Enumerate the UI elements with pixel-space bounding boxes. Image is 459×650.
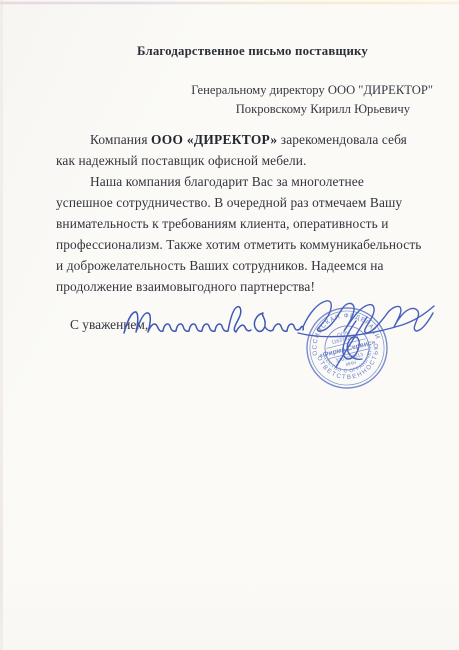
company-stamp-icon: РОССИЙСКАЯ ФЕДЕРАЦИЯ ОТВЕТСТВЕННОСТЬЮ ОБ…	[299, 300, 396, 397]
svg-text:ОБЩЕСТВО С ОГРАНИЧЕННОЙ: ОБЩЕСТВО С ОГРАНИЧЕННОЙ	[320, 336, 379, 380]
signature-flourish	[298, 301, 434, 337]
scan-left-edge-artifact	[0, 0, 3, 650]
stamp-arc-bottom-inner-text: ОБЩЕСТВО С ОГРАНИЧЕННОЙ	[320, 336, 379, 380]
handwritten-signature-name	[124, 307, 303, 333]
closing-salutation: С уважением,	[70, 317, 148, 333]
stamp-ogrn-number: 1163702513	[331, 333, 359, 346]
stamp-arc-top-text: РОССИЙСКАЯ ФЕДЕРАЦИЯ	[304, 305, 382, 359]
paragraph-1: Компания ООО «ДИРЕКТОР» зарекомендовала …	[56, 129, 422, 171]
stamp-inn-label: ИНН	[345, 360, 357, 368]
stamp-ogrn-label: ОГРН	[337, 330, 352, 339]
paragraph-2: Наша компания благодарит Вас за многолет…	[56, 171, 422, 297]
addressee-line-2: Покровскому Кирилл Юрьевичу	[236, 102, 410, 117]
stamp-inn-number: 3703020513	[335, 352, 364, 365]
stamp-arc-bottom-outer-text: ОТВЕТСТВЕННОСТЬЮ	[315, 340, 387, 388]
letter-page: Благодарственное письмо поставщику Генер…	[0, 0, 459, 650]
stamp-company-name: «Фирма-Сервис»	[319, 339, 377, 360]
svg-text:ОТВЕТСТВЕННОСТЬЮ: ОТВЕТСТВЕННОСТЬЮ	[315, 340, 387, 388]
svg-text:РОССИЙСКАЯ ФЕДЕРАЦИЯ: РОССИЙСКАЯ ФЕДЕРАЦИЯ	[304, 305, 382, 359]
company-name-bold: ООО «ДИРЕКТОР»	[151, 132, 277, 147]
addressee-line-1: Генеральному директору ООО "ДИРЕКТОР"	[191, 83, 433, 98]
scan-edge-artifact	[0, 2, 459, 4]
letter-title: Благодарственное письмо поставщику	[0, 44, 459, 59]
signature-paraph	[336, 317, 367, 367]
paragraph-1-lead: Компания	[90, 132, 151, 147]
letter-body: Компания ООО «ДИРЕКТОР» зарекомендовала …	[56, 129, 422, 297]
